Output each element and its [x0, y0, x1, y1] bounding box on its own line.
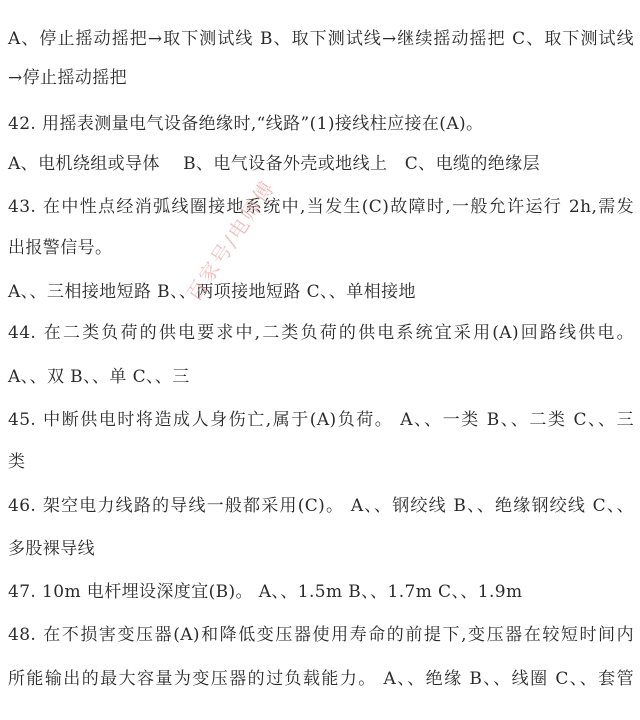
question-44-options: A、、双 B、、单 C、、三 — [8, 365, 634, 389]
question-43-cont: 出报警信号。 — [8, 236, 634, 260]
document-page: A、停止摇动摇把→取下测试线 B、取下测试线→继续摇动摇把 C、取下测试线 →停… — [0, 0, 640, 720]
question-48-cont: 所能输出的最大容量为变压器的过负载能力。 A、、绝缘 B、、线圈 C、、套管 — [8, 667, 634, 691]
question-44: 44. 在二类负荷的供电要求中,二类负荷的供电系统宜采用(A)回路线供电。 — [8, 321, 634, 345]
question-45: 45. 中断供电时将造成人身伤亡,属于(A)负荷。 A、、一类 B、、二类 C、… — [8, 408, 634, 432]
question-42: 42. 用摇表测量电气设备绝缘时,“线路”(1)接线柱应接在(A)。 — [8, 112, 634, 136]
question-47: 47. 10m 电杆埋设深度宜(B)。 A、、1.5m B、、1.7m C、、1… — [8, 580, 634, 604]
question-43: 43. 在中性点经消弧线圈接地系统中,当发生(C)故障时,一般允许运行 2h,需… — [8, 195, 634, 219]
text-line-1: A、停止摇动摇把→取下测试线 B、取下测试线→继续摇动摇把 C、取下测试线 — [8, 27, 634, 51]
question-43-options: A、、三相接地短路 B、、两项接地短路 C、、单相接地 — [8, 280, 634, 304]
question-46-cont: 多股裸导线 — [8, 537, 634, 561]
text-line-2: →停止摇动摇把 — [8, 66, 634, 90]
question-42-options: A、电机绕组或导体 B、电气设备外壳或地线上 C、电缆的绝缘层 — [8, 152, 634, 176]
question-48: 48. 在不损害变压器(A)和降低变压器使用寿命的前提下,变压器在较短时间内 — [8, 623, 634, 647]
question-45-cont: 类 — [8, 450, 634, 474]
question-46: 46. 架空电力线路的导线一般都采用(C)。 A、、钢绞线 B、、绝缘钢绞线 C… — [8, 494, 634, 518]
